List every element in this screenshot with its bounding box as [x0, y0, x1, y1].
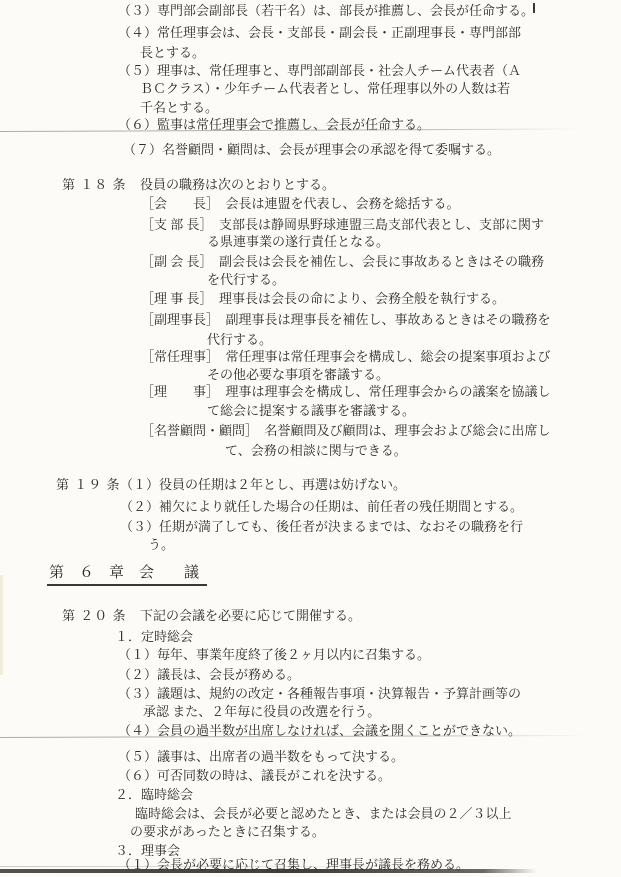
- a20-item-6: （６）可否同数の時は、議長がこれを決する。: [118, 768, 391, 784]
- a20-sub-1: １．定時総会: [115, 629, 193, 645]
- chapter-6-heading: 第 ６ 章 会 議: [47, 565, 207, 586]
- item-3: （３）専門部会副部長（若干名）は、部長が推薦し、会長が任命する。: [118, 3, 534, 19]
- item-4: （４）常任理事会は、会長・支部長・副会長・正副理事長・専門部部: [118, 25, 521, 41]
- a20-sub-2: ２．臨時総会: [115, 787, 193, 803]
- role-rijicho: ［理 事 長］ 理事長は会長の命により、会務全般を執行する。: [141, 291, 505, 307]
- item-5: （５）理事は、常任理事と、専門部副部長・社会人チーム代表者（Ａ: [118, 63, 521, 79]
- role-meiyo-komon: ［名誉顧問・顧問］ 名誉顧問及び顧問は、理事会および総会に出席し: [141, 423, 551, 439]
- role-jonin-riji-cont: その他必要な事項を審議する。: [207, 367, 389, 383]
- item-5-cont2: 千名とする。: [140, 100, 218, 116]
- a20-sub-2-text: 臨時総会は、会長が必要と認めたとき、または会員の２／３以上: [135, 806, 511, 822]
- role-riji: ［理 事］ 理事は理事会を構成し、常任理事会からの議案を協議し: [141, 384, 551, 400]
- a19-item-1: （１）役員の任期は２年とし、再選は妨げない。: [120, 477, 406, 493]
- article-20-text: 下記の会議を必要に応じて開催する。: [140, 608, 361, 624]
- a20-item-3-cont: 承認 また、２年毎に役員の改選を行う。: [143, 704, 380, 720]
- article-18-label: 第 １８ 条: [62, 177, 127, 193]
- role-fukurijicho-cont: 代行する。: [207, 332, 272, 348]
- role-jonin-riji: ［常任理事］ 常任理事は常任理事会を構成し、総会の提案事項および: [141, 349, 551, 365]
- item-4-cont: 長とする。: [140, 45, 205, 61]
- a20-sub-2-text-cont: の要求があったときに召集する。: [130, 824, 325, 840]
- item-5-cont: ＢＣクラス）・少年チーム代表者とし、常任理事以外の人数は若: [140, 81, 510, 97]
- role-fukukaicho-cont: を代行する。: [207, 272, 285, 288]
- scan-left-edge-tint: [0, 575, 3, 675]
- role-riji-cont: て総会に提案する議事を審議する。: [207, 403, 415, 419]
- role-kaicho: ［会 長］ 会長は連盟を代表し、会務を総括する。: [141, 196, 460, 212]
- a20-item-4: （４）会員の過半数が出席しなければ、会議を開くことができない。: [118, 723, 521, 739]
- a19-item-2: （２）補欠により就任した場合の任期は、前任者の残任期間とする。: [120, 499, 523, 515]
- item-6: （６）監事は常任理事会で推薦し、会長が任命する。: [118, 117, 430, 133]
- role-shibucho: ［支 部 長］ 支部長は静岡県野球連盟三島支部代表とし、支部に関す: [141, 217, 544, 233]
- a20-item-5: （５）議事は、出席者の過半数をもって決する。: [118, 749, 404, 765]
- a20-item-1: （１）毎年、事業年度終了後２ヶ月以内に召集する。: [118, 647, 430, 663]
- role-meiyo-komon-cont: て、会務の相談に関与できる。: [225, 443, 407, 459]
- role-fukurijicho: ［副理事長］ 副理事長は理事長を補佐し、事故あるときはその職務を: [141, 312, 551, 328]
- a20-item-2: （２）議長は、会長が務める。: [118, 667, 300, 683]
- article-18-text: 役員の職務は次のとおりとする。: [140, 177, 335, 193]
- a19-item-3: （３）任期が満了しても、後任者が決まるまでは、なおその職務を行: [120, 519, 523, 535]
- role-shibucho-cont: る県連事業の遂行責任となる。: [207, 234, 389, 250]
- role-fukukaicho: ［副 会 長］ 副会長は会長を補佐し、会長に事故あるときはその職務: [141, 254, 544, 270]
- a20-item-3: （３）議題は、規約の改定・各種報告事項・決算報告・予算計画等の: [118, 686, 521, 702]
- article-19-label: 第 １９ 条: [56, 477, 121, 493]
- document-page: （３）専門部会副部長（若干名）は、部長が推薦し、会長が任命する。（４）常任理事会…: [0, 0, 621, 877]
- item-7: （７）名誉顧問・顧問は、会長が理事会の承認を得て委嘱する。: [123, 142, 500, 158]
- article-20-label: 第 ２０ 条: [62, 608, 127, 624]
- a19-item-3-cont: う。: [148, 537, 174, 553]
- a20-sub-3-item-1: （１）会長が必要に応じて召集し、理事長が議長を務める。: [118, 857, 469, 873]
